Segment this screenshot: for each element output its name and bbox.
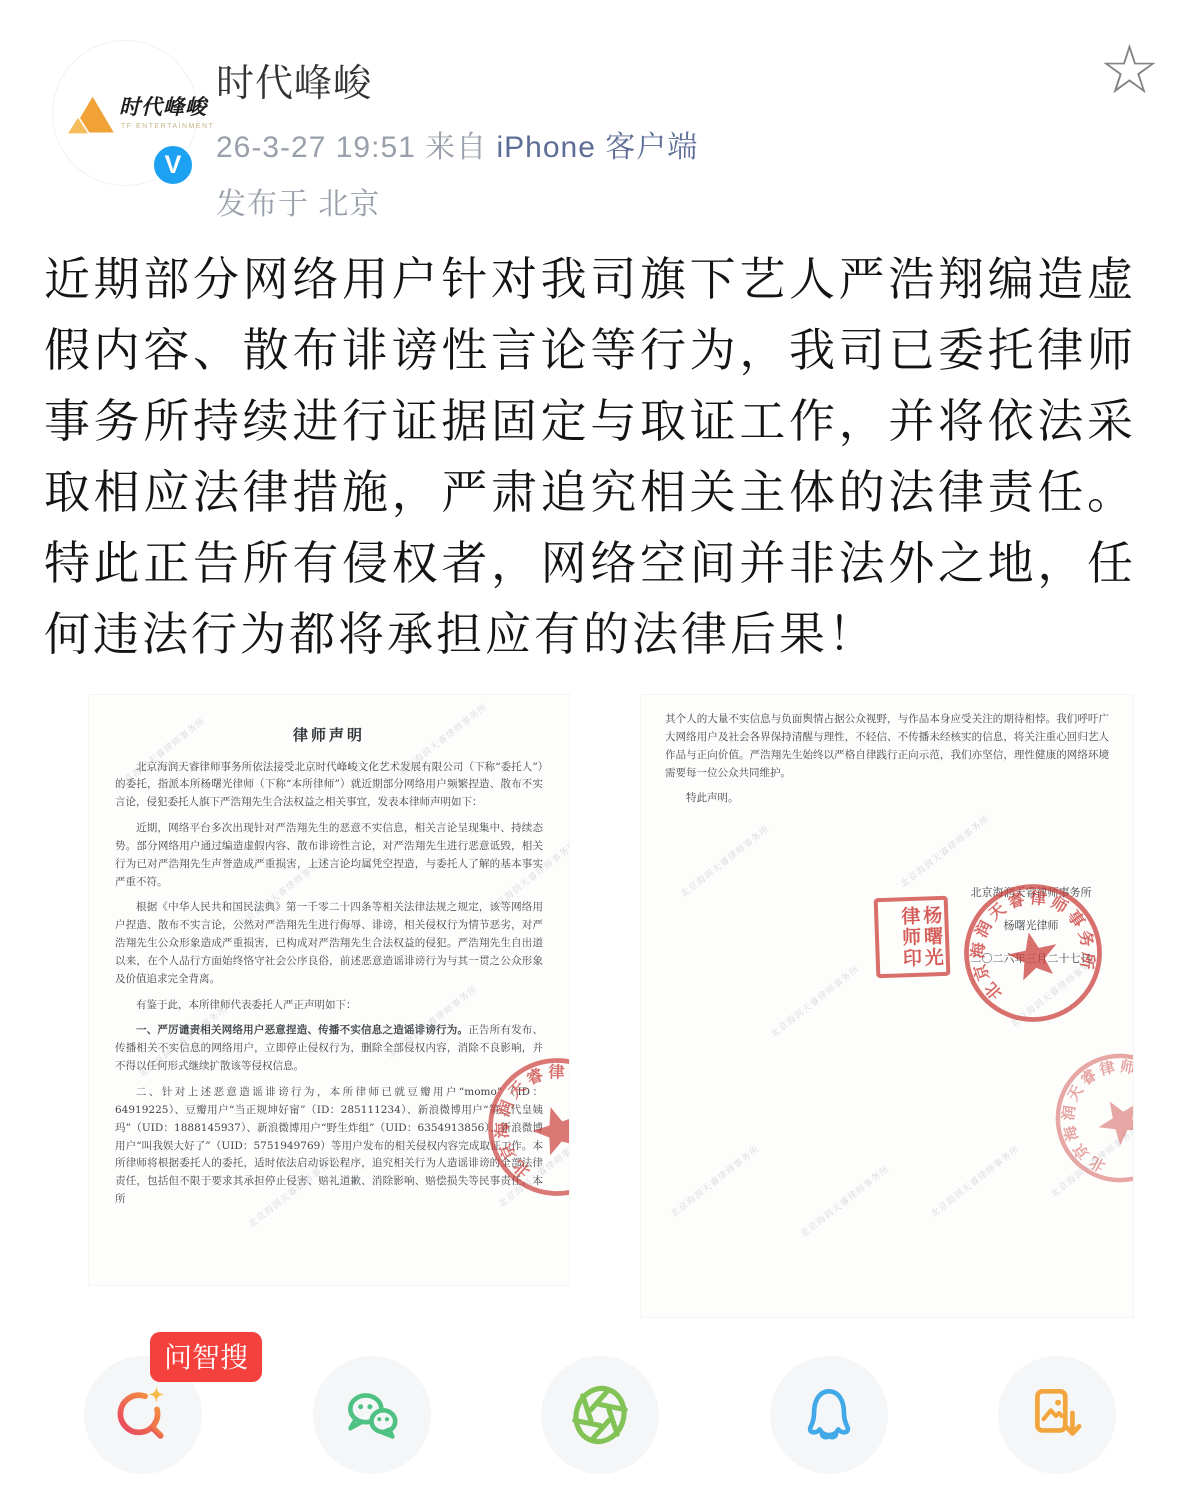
save-image-button[interactable] — [998, 1356, 1116, 1474]
ai-search-button[interactable]: 问智搜 — [84, 1356, 202, 1474]
doc-paragraph: 二、针对上述恶意造谣诽谤行为，本所律师已就豆瓣用户“momo”（ID：64919… — [115, 1084, 543, 1209]
post-meta: 26-3-27 19:51 来自 iPhone 客户端 — [216, 122, 698, 166]
weibo-post-page: 时代峰峻 TF ENTERTAINMENT V 时代峰峻 26-3-27 19:… — [0, 0, 1200, 1500]
post-text: 近期部分网络用户针对我司旗下艺人严浩翔编造虚假内容、散布诽谤性言论等行为，我司已… — [44, 244, 1136, 670]
wechat-moments-button[interactable] — [541, 1356, 659, 1474]
signature-date: 二〇二六年三月二十七日 — [941, 953, 1121, 964]
ai-search-icon — [110, 1382, 176, 1448]
verified-badge: V — [151, 143, 195, 187]
signature-lawyer: 杨曙光律师 — [941, 920, 1121, 931]
watermark-text: 北京海润天睿律师事务所 — [768, 963, 864, 1043]
document-image-right[interactable]: 北京海润天睿律师事务所 北京海润天睿律师事务所 北京海润天睿律师事务所 北京海润… — [640, 694, 1134, 1318]
doc-signature-block: 北京海润天睿律师事务所 杨曙光律师 二〇二六年三月二十七日 — [941, 887, 1121, 986]
svg-text:北京海润天睿律师事务所: 北京海润天睿律师事务所 — [1036, 1035, 1134, 1183]
avatar[interactable]: 时代峰峻 TF ENTERTAINMENT V — [52, 40, 198, 186]
wechat-share-button[interactable] — [313, 1356, 431, 1474]
watermark-text: 北京海润天睿律师事务所 — [928, 1143, 1024, 1223]
doc-paragraph: 一、严厉谴责相关网络用户恶意捏造、传播不实信息之造谣诽谤行为。正告所有发布、传播… — [115, 1022, 543, 1076]
lawyer-square-seal: 杨曙光律师印 — [874, 896, 951, 979]
timestamp: 26-3-27 19:51 — [216, 131, 416, 164]
doc-declaration-lead: 一、严厉谴责相关网络用户恶意捏造、传播不实信息之造谣诽谤行为。 — [136, 1024, 468, 1036]
wechat-icon — [339, 1382, 405, 1448]
header-text: 时代峰峻 26-3-27 19:51 来自 iPhone 客户端 发布于 北京 — [216, 52, 698, 223]
watermark-text: 北京海润天睿律师事务所 — [1048, 1123, 1134, 1203]
doc-paragraph: 其个人的大量不实信息与负面舆情占据公众视野，与作品本身应受关注的期待相悖。我们呼… — [665, 711, 1109, 782]
qq-penguin-icon — [796, 1382, 862, 1448]
share-toolbar: 问智搜 — [84, 1356, 1116, 1474]
watermark-text: 北京海润天睿律师事务所 — [668, 1143, 764, 1223]
brand-logo-icon — [65, 87, 117, 139]
post-header: 时代峰峻 TF ENTERTAINMENT V 时代峰峻 26-3-27 19:… — [0, 0, 1200, 214]
post-location: 发布于 北京 — [216, 179, 698, 223]
document-image-left[interactable]: 北京海润天睿律师事务所 北京海润天睿律师事务所 北京海润天睿律师事务所 北京海润… — [88, 694, 570, 1286]
doc-paragraph: 近期，网络平台多次出现针对严浩翔先生的恶意不实信息，相关言论呈现集中、持续态势。… — [115, 820, 543, 891]
signature-firm: 北京海润天睿律师事务所 — [941, 887, 1121, 898]
qq-share-button[interactable] — [770, 1356, 888, 1474]
doc-paragraph: 有鉴于此，本所律师代表委托人严正声明如下： — [115, 997, 543, 1015]
source-prefix: 来自 — [425, 131, 487, 164]
watermark-text: 北京海润天睿律师事务所 — [678, 823, 774, 903]
location: 北京 — [318, 188, 380, 221]
doc-paragraph: 北京海润天睿律师事务所依法接受北京时代峰峻文化艺术发展有限公司（下称“委托人”）… — [115, 759, 543, 813]
avatar-brand-text: 时代峰峻 — [119, 91, 207, 121]
law-firm-round-seal-partial: 北京海润天睿律师事务所 — [1022, 1020, 1134, 1216]
doc-title: 律师声明 — [115, 723, 543, 749]
location-prefix: 发布于 — [216, 188, 309, 221]
watermark-text: 北京海润天睿律师事务所 — [898, 813, 994, 893]
save-image-icon — [1024, 1382, 1090, 1448]
doc-closing: 特此声明。 — [665, 790, 1109, 808]
moments-aperture-icon — [567, 1382, 633, 1448]
avatar-brand-subtext: TF ENTERTAINMENT — [121, 123, 214, 130]
username[interactable]: 时代峰峻 — [216, 52, 698, 107]
favorite-star-icon[interactable]: ☆ — [1099, 36, 1160, 104]
source-link[interactable]: iPhone 客户端 — [497, 131, 699, 164]
ai-search-badge: 问智搜 — [150, 1332, 262, 1382]
doc-paragraph: 根据《中华人民共和国民法典》第一千零二十四条等相关法律法规之规定，该等网络用户捏… — [115, 899, 543, 988]
post-images: 北京海润天睿律师事务所 北京海润天睿律师事务所 北京海润天睿律师事务所 北京海润… — [88, 694, 1134, 1318]
watermark-text: 北京海润天睿律师事务所 — [798, 1163, 894, 1243]
